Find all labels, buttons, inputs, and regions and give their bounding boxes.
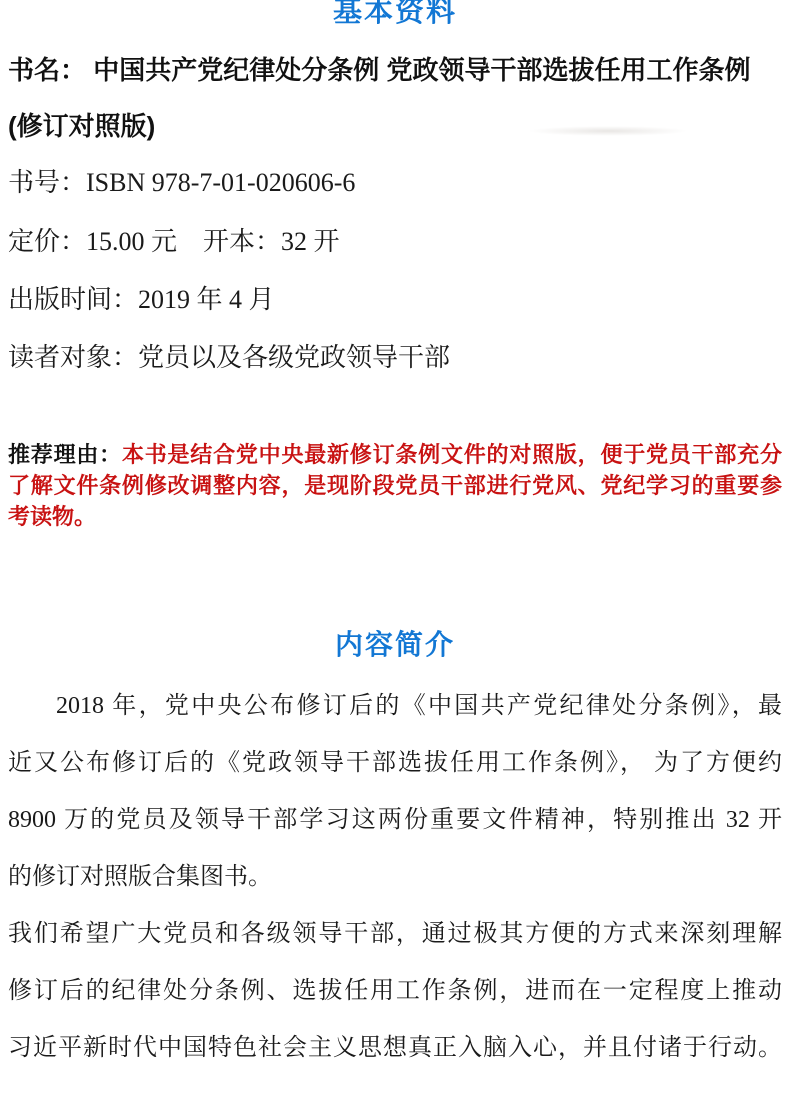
recommend-reason-line1: 推荐理由：本书是结合党中央最新修订条例文件的对照版，便于党员干部充分 — [8, 440, 782, 470]
intro-paragraph-line: 的修订对照版合集图书。 — [8, 859, 782, 895]
section-heading-basic-info: 基本资料 — [0, 0, 790, 28]
intro-paragraph-line: 2018 年，党中央公布修订后的《中国共产党纪律处分条例》，最 — [8, 688, 782, 724]
book-publish-date-row: 出版时间：2019 年 4 月 — [8, 283, 782, 317]
book-detail-page: 基本资料 书名： 中国共产党纪律处分条例 党政领导干部选拔任用工作条例 (修订对… — [0, 0, 790, 1101]
book-audience-row: 读者对象：党员以及各级党政领导干部 — [8, 341, 782, 375]
book-title-line2: (修订对照版) — [8, 108, 782, 144]
intro-paragraph-line: 8900 万的党员及领导干部学习这两份重要文件精神，特别推出 32 开 — [8, 802, 782, 838]
book-price-format-row: 定价：15.00 元 开本：32 开 — [8, 225, 782, 259]
book-title-line1: 书名： 中国共产党纪律处分条例 党政领导干部选拔任用工作条例 — [8, 52, 782, 88]
recommend-reason-label: 推荐理由： — [8, 442, 122, 467]
intro-paragraph-line: 习近平新时代中国特色社会主义思想真正入脑入心，并且付诸于行动。 — [8, 1030, 782, 1066]
intro-paragraph-line: 近又公布修订后的《党政领导干部选拔任用工作条例》， 为了方便约 — [8, 745, 782, 781]
recommend-reason-line2: 了解文件条例修改调整内容，是现阶段党员干部进行党风、党纪学习的重要参 — [8, 471, 782, 501]
intro-paragraph-line: 我们希望广大党员和各级领导干部，通过极其方便的方式来深刻理解 — [8, 916, 782, 952]
section-heading-content-intro: 内容简介 — [0, 628, 790, 662]
book-isbn-row: 书号：ISBN 978-7-01-020606-6 — [8, 166, 782, 200]
recommend-reason-line3: 考读物。 — [8, 502, 782, 532]
recommend-reason-text: 本书是结合党中央最新修订条例文件的对照版，便于党员干部充分 — [122, 442, 782, 467]
intro-paragraph-line: 修订后的纪律处分条例、选拔任用工作条例，进而在一定程度上推动 — [8, 973, 782, 1009]
